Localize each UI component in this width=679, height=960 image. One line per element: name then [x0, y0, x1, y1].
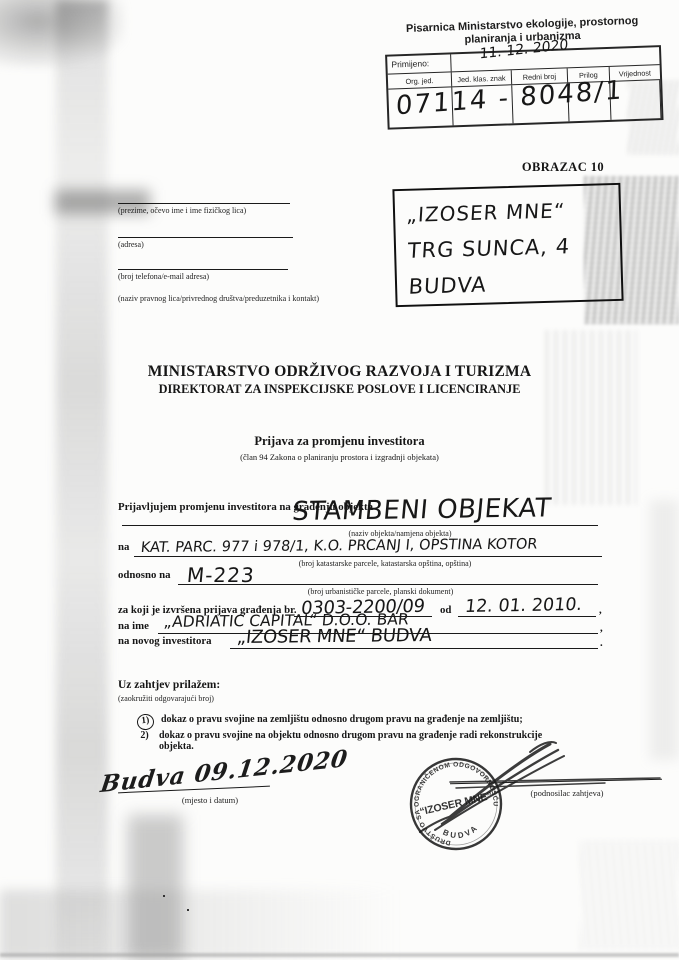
- row4-date-line: [458, 616, 596, 617]
- scan-right-texture-center: [545, 330, 637, 505]
- applicant-name-line: [118, 203, 290, 204]
- applicant-address-line: [118, 237, 293, 238]
- place-date-caption: (mjesto i datum): [145, 795, 275, 805]
- applicant-signature-strokes: [380, 722, 679, 862]
- intake-stamp-table: Primijeno: 11. 12. 2020 Org. jed. Jed. k…: [385, 45, 663, 130]
- place-date-signature: Budva 09.12.2020: [99, 745, 350, 799]
- ministry-name: MINISTARSTVO ODRŽIVOG RAZVOJA I TURIZMA: [0, 363, 679, 381]
- row6-label: na novog investitora: [118, 635, 212, 647]
- scan-topleft-blob: [0, 0, 125, 68]
- form-code: OBRAZAC 10: [504, 160, 604, 175]
- applicant-phone-caption: (broj telefona/e-mail adresa): [118, 272, 209, 281]
- applicant-box-city: BUDVA: [408, 263, 614, 305]
- column-org-jed: Org. jed.: [388, 73, 452, 89]
- row2-label: na: [118, 541, 129, 553]
- attachments-note: (zaokružiti odgovarajući broj): [118, 694, 214, 703]
- scan-bottom-edge: [0, 953, 679, 957]
- form-title: Prijava za promjenu investitora: [0, 434, 679, 449]
- row2-line: [134, 556, 602, 557]
- row3-label: odnosno na: [118, 569, 171, 581]
- applicant-legal-entity-caption: (naziv pravnog lica/privrednog društva/p…: [118, 294, 319, 303]
- row5-label: na ime: [118, 620, 149, 632]
- applicant-name-caption: (prezime, očevo ime i ime fizičkog lica): [118, 206, 246, 215]
- scanned-form-page: Pisarnica Ministarstvo ekologije, prosto…: [0, 0, 679, 960]
- row6-line: [230, 648, 598, 649]
- form-title-block: Prijava za promjenu investitora (član 94…: [0, 434, 679, 462]
- row5-suffix: ,: [600, 622, 603, 634]
- scan-bottom-vband: [128, 815, 183, 960]
- row6-value-handwritten: „IZOSER MNE“ BUDVA: [236, 625, 433, 648]
- applicant-phone-line: [118, 269, 288, 270]
- ministry-header: MINISTARSTVO ODRŽIVOG RAZVOJA I TURIZMA …: [0, 363, 679, 397]
- row3-caption: (broj urbanističke parcele, planski doku…: [228, 587, 533, 596]
- scan-speck: [163, 895, 165, 897]
- scan-right-edge: [650, 500, 679, 760]
- row1-line: [122, 525, 598, 526]
- scan-left-band: [56, 0, 108, 960]
- attachment-item-1-number-circled: 1): [136, 713, 155, 731]
- received-label: Primijeno:: [387, 55, 452, 74]
- row1-value-handwritten: STAMBENI OBJEKAT: [291, 493, 553, 527]
- applicant-box: „IZOSER MNE“ TRG SUNCA, 4 BUDVA: [392, 183, 623, 307]
- row4-date-handwritten: 12. 01. 2010.: [464, 595, 583, 617]
- attachments-heading: Uz zahtjev prilažem:: [118, 679, 220, 691]
- scan-speck: [187, 909, 189, 911]
- row2-value-handwritten: KAT. PARC. 977 i 978/1, K.O. PRCANJ I, O…: [140, 537, 538, 556]
- applicant-address-caption: (adresa): [118, 240, 144, 249]
- intake-stamp: Pisarnica Ministarstvo ekologije, prosto…: [376, 14, 672, 131]
- row3-line: [178, 584, 598, 585]
- row4-suffix: ,: [599, 604, 602, 616]
- applicant-box-name: „IZOSER MNE“: [406, 191, 612, 233]
- row6-suffix: .: [600, 637, 603, 649]
- directorate-name: DIREKTORAT ZA INSPEKCIJSKE POSLOVE I LIC…: [0, 382, 679, 397]
- scan-bottom-band: [0, 890, 400, 960]
- applicant-box-street: TRG SUNCA, 4: [407, 227, 613, 269]
- attachment-item-2-number: 2): [137, 730, 152, 741]
- row4-mid-label: od: [440, 604, 451, 616]
- form-subtitle: (član 94 Zakona o planiranju prostora i …: [0, 452, 679, 462]
- row2-caption: (broj katastarske parcele, katastarska o…: [235, 559, 535, 568]
